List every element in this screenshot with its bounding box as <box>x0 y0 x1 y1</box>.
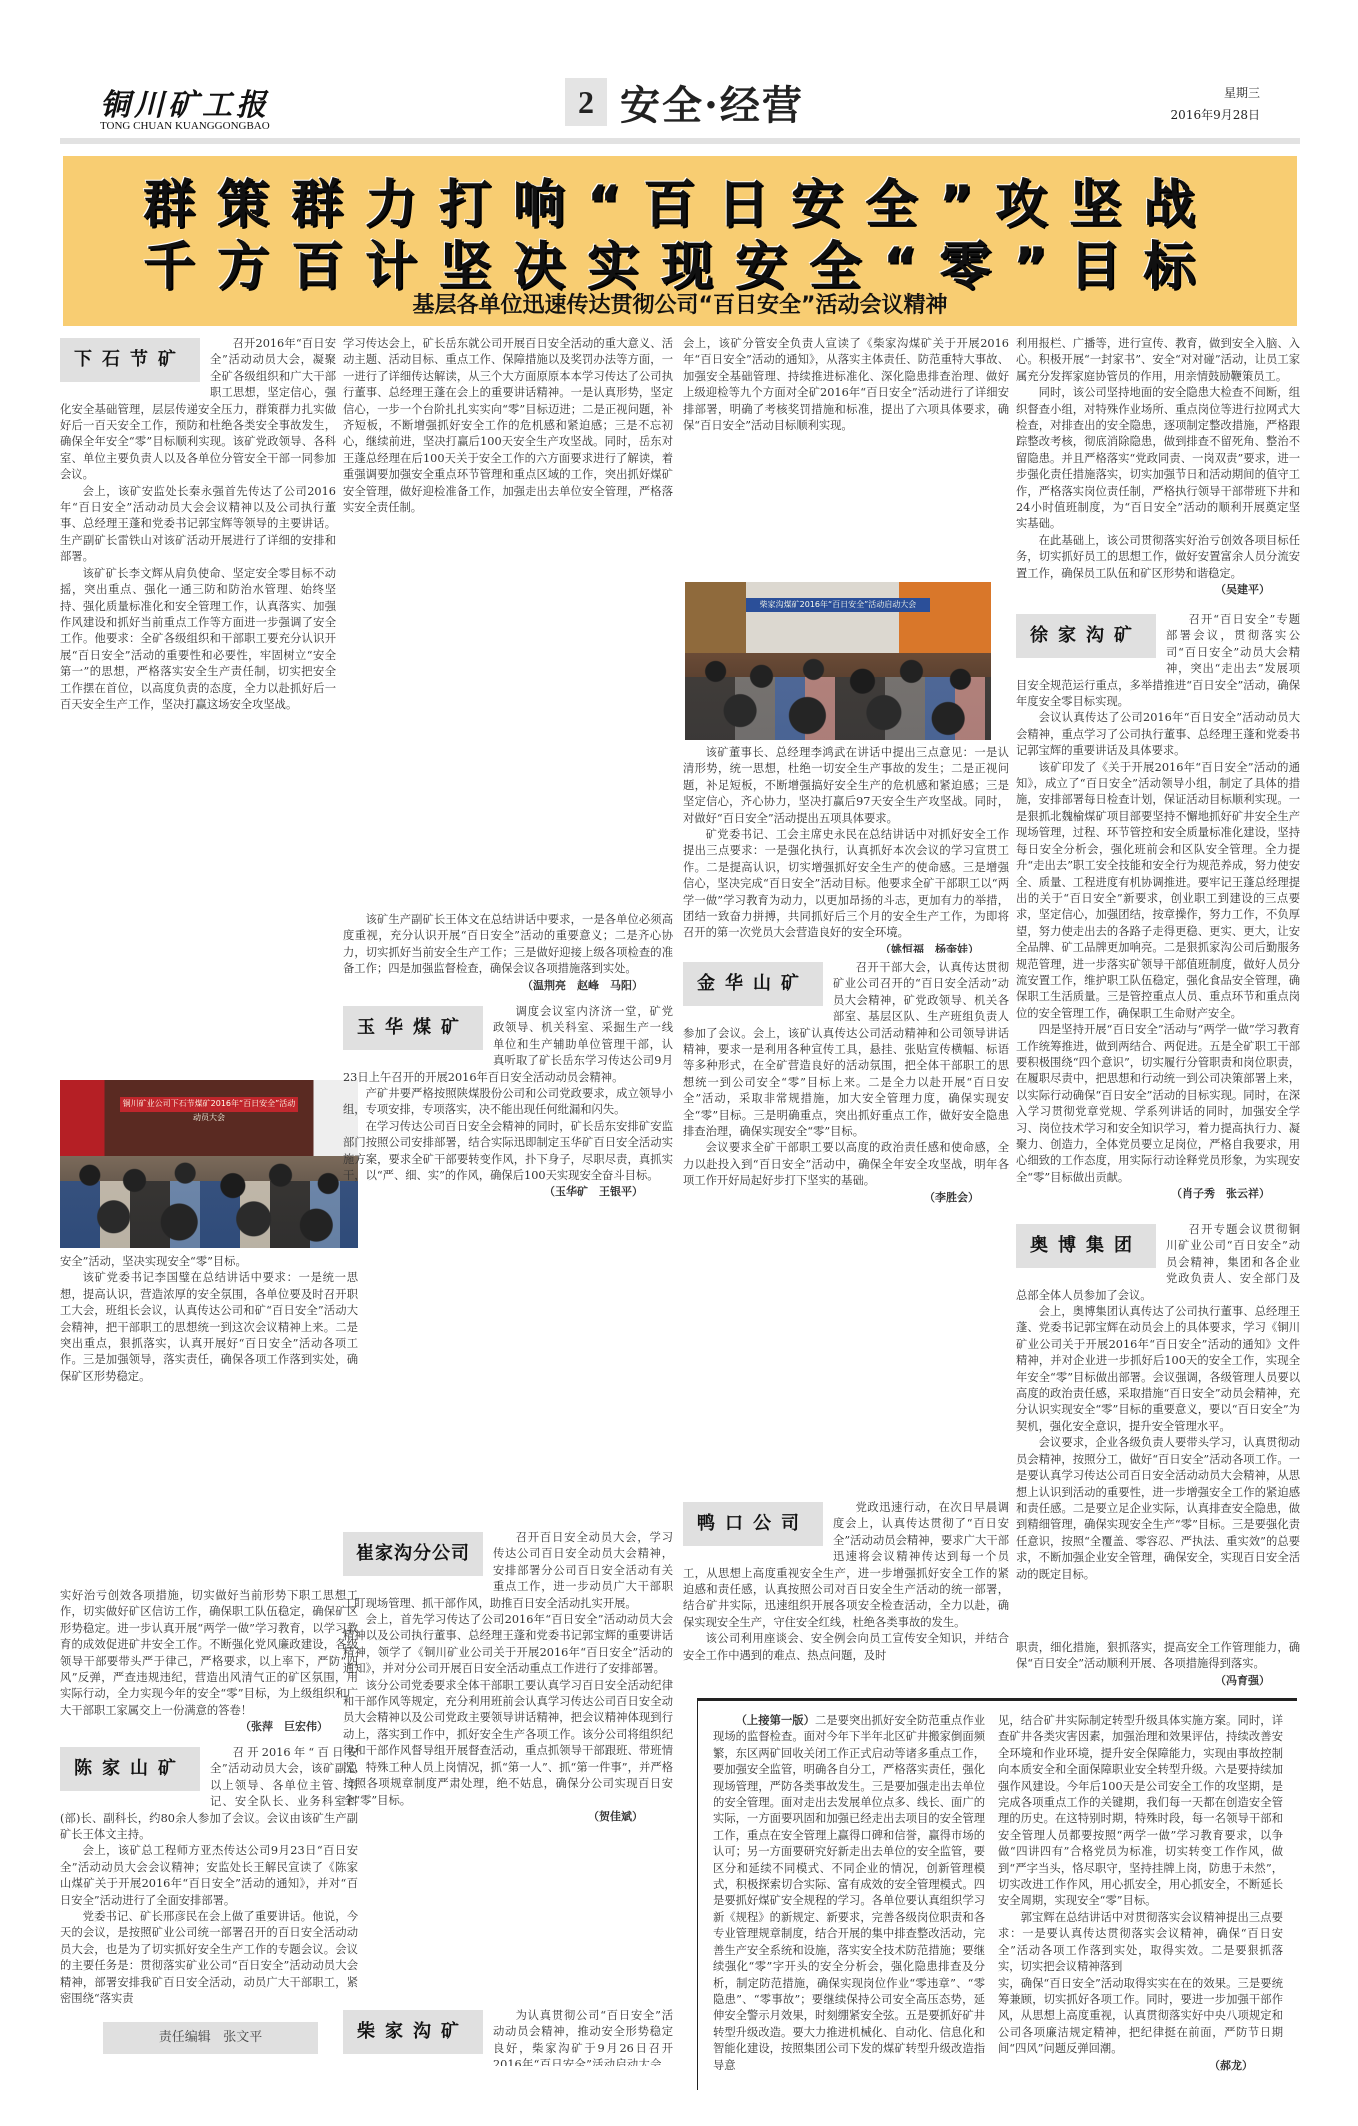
article-text: 在学习传达公司百日安全会精神的同时，矿长岳东安排矿安监部门按照公司安排部署，结合… <box>343 1119 673 1185</box>
byline-xiashijie: （张萍 巨宏伟） <box>60 1719 358 1735</box>
byline-jinhuashan: （李胜会） <box>683 1190 1009 1206</box>
article-text: 二是要突出抓好安全防范重点作业现场的监督检查。面对今年下半年北区矿井搬家倒面频繁… <box>713 1714 985 2072</box>
column-2-top: 学习传达会上，矿长岳东就公司开展百日安全活动的重大意义、活动主题、活动目标、重点… <box>343 336 673 918</box>
article-text: 产矿井要严格按照陕煤股份公司和公司党政要求，成立领导小组，专项安排，专项落实，决… <box>343 1086 673 1119</box>
kicker-cuijiagou: 崔家沟分公司 <box>343 1532 483 1576</box>
continuation-box: （上接第一版）二是要突出抓好安全防范重点作业现场的监督检查。面对今年下半年北区矿… <box>697 1700 1297 2090</box>
column-4-xujiagou: 徐家沟矿 召开“百日安全”专题部署会议，贯彻落实公司“百日安全”动员大会精神，突… <box>1016 612 1300 1210</box>
column-2-chaijiagou: 柴家沟矿 为认真贯彻公司“百日安全”活动动员会精神，推动安全形势稳定良好，柴家沟… <box>343 2008 673 2066</box>
kicker-jinhuashan: 金华山矿 <box>683 962 823 1006</box>
article-text: 实好治亏创效各项措施，切实做好当前形势下职工思想工作，切实做好矿区信访工作，确保… <box>60 1588 358 1719</box>
photo-banner-text: 柴家沟煤矿2016年“百日安全”活动启动大会 <box>746 598 930 612</box>
article-text: 会上，该矿安监处长秦永强首先传达了公司2016年“百日安全”活动动员大会会议精神… <box>60 484 336 566</box>
article-text: 矿党委书记、工会主席史永民在总结讲话中对抓好安全工作提出三点要求：一是强化执行，… <box>683 827 1009 942</box>
paper-logo-english: TONG CHUAN KUANGGONGBAO <box>100 120 270 132</box>
column-1-tail: 实好治亏创效各项措施，切实做好当前形势下职工思想工作，切实做好矿区信访工作，确保… <box>60 1588 358 1736</box>
article-text: 该矿印发了《关于开展2016年“百日安全”活动的通知》，成立了“百日安全”活动领… <box>1016 760 1300 1023</box>
kicker-chenjiashan: 陈家山矿 <box>60 1747 200 1791</box>
column-3-jinhuashan: 金华山矿 召开干部大会，认真传达贯彻矿业公司召开的“百日安全活动”动员大会精神，… <box>683 960 1009 1494</box>
kicker-xujiagou: 徐家沟矿 <box>1016 614 1156 658</box>
article-text: 职责，细化措施，狠抓落实，提高安全工作管理能力，确保“百日安全”活动顺利开展、各… <box>1016 1640 1300 1673</box>
byline-cuijiagou: （贺佳斌） <box>343 1809 673 1825</box>
article-text: 见，结合矿井实际制定转型升级具体实施方案。同时，详查矿井各类灾害因素，加强治理和… <box>998 1713 1283 1910</box>
article-text: 安全”活动，坚决实现安全“零”目标。 <box>60 1254 358 1270</box>
kicker-chaijiagou: 柴家沟矿 <box>343 2010 483 2054</box>
byline-col4-top: （吴建平） <box>1016 582 1300 598</box>
paper-logo: 铜川矿工报 <box>100 80 270 124</box>
weekday: 星期三 <box>1224 84 1260 101</box>
byline-xujiagou: （肖子秀 张云祥） <box>1016 1186 1300 1202</box>
page-number: 2 <box>565 78 607 126</box>
column-4-tail: 职责，细化措施，狠抓落实，提高安全工作管理能力，确保“百日安全”活动顺利开展、各… <box>1016 1640 1300 1694</box>
byline-prev: （温荆亮 赵峰 马阳） <box>343 978 673 994</box>
article-text: 同时，该公司坚持地面的安全隐患大检查不间断，组织督查小组，对特殊作业场所、重点岗… <box>1016 385 1300 533</box>
column-2-cuijiagou: 崔家沟分公司 召开百日安全动员大会，学习传达公司百日安全动员大会精神，安排部署分… <box>343 1530 673 2008</box>
column-3-chaijiagou: 该矿董事长、总经理李鸿武在讲话中提出三点意见：一是认清形势，统一思想，杜绝一切安… <box>683 745 1009 953</box>
issue-date: 2016年9月28日 <box>1171 106 1260 123</box>
article-text: 四是坚持开展“百日安全”活动与“两学一做”学习教育工作统筹推进，做到两结合、两促… <box>1016 1022 1300 1186</box>
subheadline: 基层各单位迅速传达贯彻公司“百日安全”活动会议精神 <box>63 288 1297 319</box>
photo-banner-text: 铜川矿业公司下石节煤矿2016年“百日安全”活动动员大会 <box>120 1097 299 1112</box>
byline-chaijiagou: （姚恒福 杨奎娃） <box>683 942 1009 953</box>
article-text: 会上，该矿分管安全负责人宣读了《柴家沟煤矿关于开展2016年“百日安全”活动的通… <box>683 336 1009 434</box>
article-text: 该矿董事长、总经理李鸿武在讲话中提出三点意见：一是认清形势，统一思想，杜绝一切安… <box>683 745 1009 827</box>
headline-banner: 群策群力打响“百日安全”攻坚战 千方百计坚决实现安全“零”目标 基层各单位迅速传… <box>63 156 1297 326</box>
article-text: 该矿矿长李文辉从肩负使命、坚定安全零目标不动摇，突出重点、强化一通三防和防治水管… <box>60 566 336 714</box>
article-text: 会上，首先学习传达了公司2016年“百日安全”活动动员大会精神以及公司执行董事、… <box>343 1612 673 1678</box>
kicker-yuhua: 玉华煤矿 <box>343 1006 483 1050</box>
editor-label: 责任编辑 <box>159 2030 211 2045</box>
inset-column-1: （上接第一版）二是要突出抓好安全防范重点作业现场的监督检查。面对今年下半年北区矿… <box>713 1713 985 2093</box>
continued-from-label: （上接第一版） <box>736 1714 815 1727</box>
column-3-yakou: 鸭口公司 党政迅速行动，在次日早晨调度会上，认真传达贯彻了“百日安全”活动动员会… <box>683 1500 1009 1690</box>
article-text: 会议认真传达了公司2016年“百日安全”活动动员大会精神，重点学习了公司执行董事… <box>1016 710 1300 759</box>
masthead: 铜川矿工报 TONG CHUAN KUANGGONGBAO 2 安全·经营 星期… <box>60 60 1300 140</box>
editor-credit: 责任编辑 张文平 <box>103 2022 318 2054</box>
article-text: 会议要求全矿干部职工要以高度的政治责任感和使命感，全力以赴投入到“百日安全”活动… <box>683 1140 1009 1189</box>
article-text: 在此基础上，该公司贯彻落实好治亏创效各项目标任务，切实抓好员工的思想工作，做好安… <box>1016 533 1300 582</box>
kicker-xiashijie: 下石节矿 <box>60 338 200 382</box>
column-1-top: 下石节矿 召开2016年“百日安全”活动动员大会，凝聚全矿各级组织和广大干部职工… <box>60 336 336 1070</box>
column-1-chenjiashan: 陈家山矿 召开2016年“百日安全”活动动员大会，该矿副总以上领导、各单位主管、… <box>60 1745 358 2007</box>
article-text: 该公司利用座谈会、安全例会向员工宣传安全知识，并结合安全工作中遇到的难点、热点问… <box>683 1631 1009 1664</box>
column-1-mid: 安全”活动，坚决实现安全“零”目标。 该矿党委书记李国璧在总结讲话中要求：一是统… <box>60 1254 358 1589</box>
section-title: 安全·经营 <box>620 74 804 131</box>
column-4-aobo: 奥博集团 召开专题会议贯彻铜川矿业公司“百日安全”动员会精神，集团和各企业党政负… <box>1016 1222 1300 1660</box>
column-2-summary: 该矿生产副矿长王体文在总结讲话中要求，一是各单位必须高度重视，充分认识开展“百日… <box>343 912 673 1004</box>
kicker-yakou: 鸭口公司 <box>683 1502 823 1546</box>
byline-inset: （郝龙） <box>998 2058 1283 2074</box>
article-text: 该分公司党委要求全体干部职工要认真学习百日安全活动纪律和干部作风等规定，充分利用… <box>343 1678 673 1809</box>
editor-name: 张文平 <box>223 2030 262 2045</box>
byline-tail: （冯育强） <box>1016 1673 1300 1689</box>
kicker-aobo: 奥博集团 <box>1016 1224 1156 1268</box>
article-text: 党委书记、矿长邢彦民在会上做了重要讲话。他说，今天的会议，是按照矿业公司统一部署… <box>60 1909 358 2007</box>
photo-chaijiagou-meeting: 柴家沟煤矿2016年“百日安全”活动启动大会 <box>685 582 991 740</box>
column-4-top: 利用报栏、广播等，进行宣传、教育，做到安全入脑、入心。积极开展“一封家书”、安全… <box>1016 336 1300 614</box>
photo-xiashijie-meeting: 铜川矿业公司下石节煤矿2016年“百日安全”活动动员大会 <box>60 1080 358 1248</box>
column-2-yuhua: 玉华煤矿 调度会议室内济济一堂，矿党政领导、机关科室、采掘生产一线单位和生产辅助… <box>343 1004 673 1514</box>
article-text: 会上，该矿总工程师方亚杰传达公司9月23日“百日安全”活动动员大会会议精神；安监… <box>60 1843 358 1909</box>
article-text: 实，确保“百日安全”活动取得实实在在的效果。三是要统筹兼顾，切实抓好各项工作。同… <box>998 1976 1283 2058</box>
article-text: 会议要求，企业各级负责人要带头学习，认真贯彻动员会精神，按照分工，做好“百日安全… <box>1016 1435 1300 1583</box>
header-rule <box>60 138 1300 144</box>
inset-column-2: 见，结合矿井实际制定转型升级具体实施方案。同时，详查矿井各类灾害因素，加强治理和… <box>998 1713 1283 2093</box>
article-text: 利用报栏、广播等，进行宣传、教育，做到安全入脑、入心。积极开展“一封家书”、安全… <box>1016 336 1300 385</box>
article-text: 该矿生产副矿长王体文在总结讲话中要求，一是各单位必须高度重视，充分认识开展“百日… <box>343 912 673 978</box>
byline-yuhua: （玉华矿 王银平） <box>343 1184 673 1200</box>
article-text: 学习传达会上，矿长岳东就公司开展百日安全活动的重大意义、活动主题、活动目标、重点… <box>343 336 673 516</box>
column-3-top: 会上，该矿分管安全负责人宣读了《柴家沟煤矿关于开展2016年“百日安全”活动的通… <box>683 336 1009 588</box>
article-text: 会上，奥博集团认真传达了公司执行董事、总经理王蓬、党委书记郭宝辉在动员会上的具体… <box>1016 1304 1300 1435</box>
article-text: 该矿党委书记李国璧在总结讲话中要求：一是统一思想，提高认识，营造浓厚的安全氛围，… <box>60 1270 358 1385</box>
article-text: 郭宝辉在总结讲话中对贯彻落实会议精神提出三点要求：一是要认真传达贯彻落实会议精神… <box>998 1910 1283 1976</box>
